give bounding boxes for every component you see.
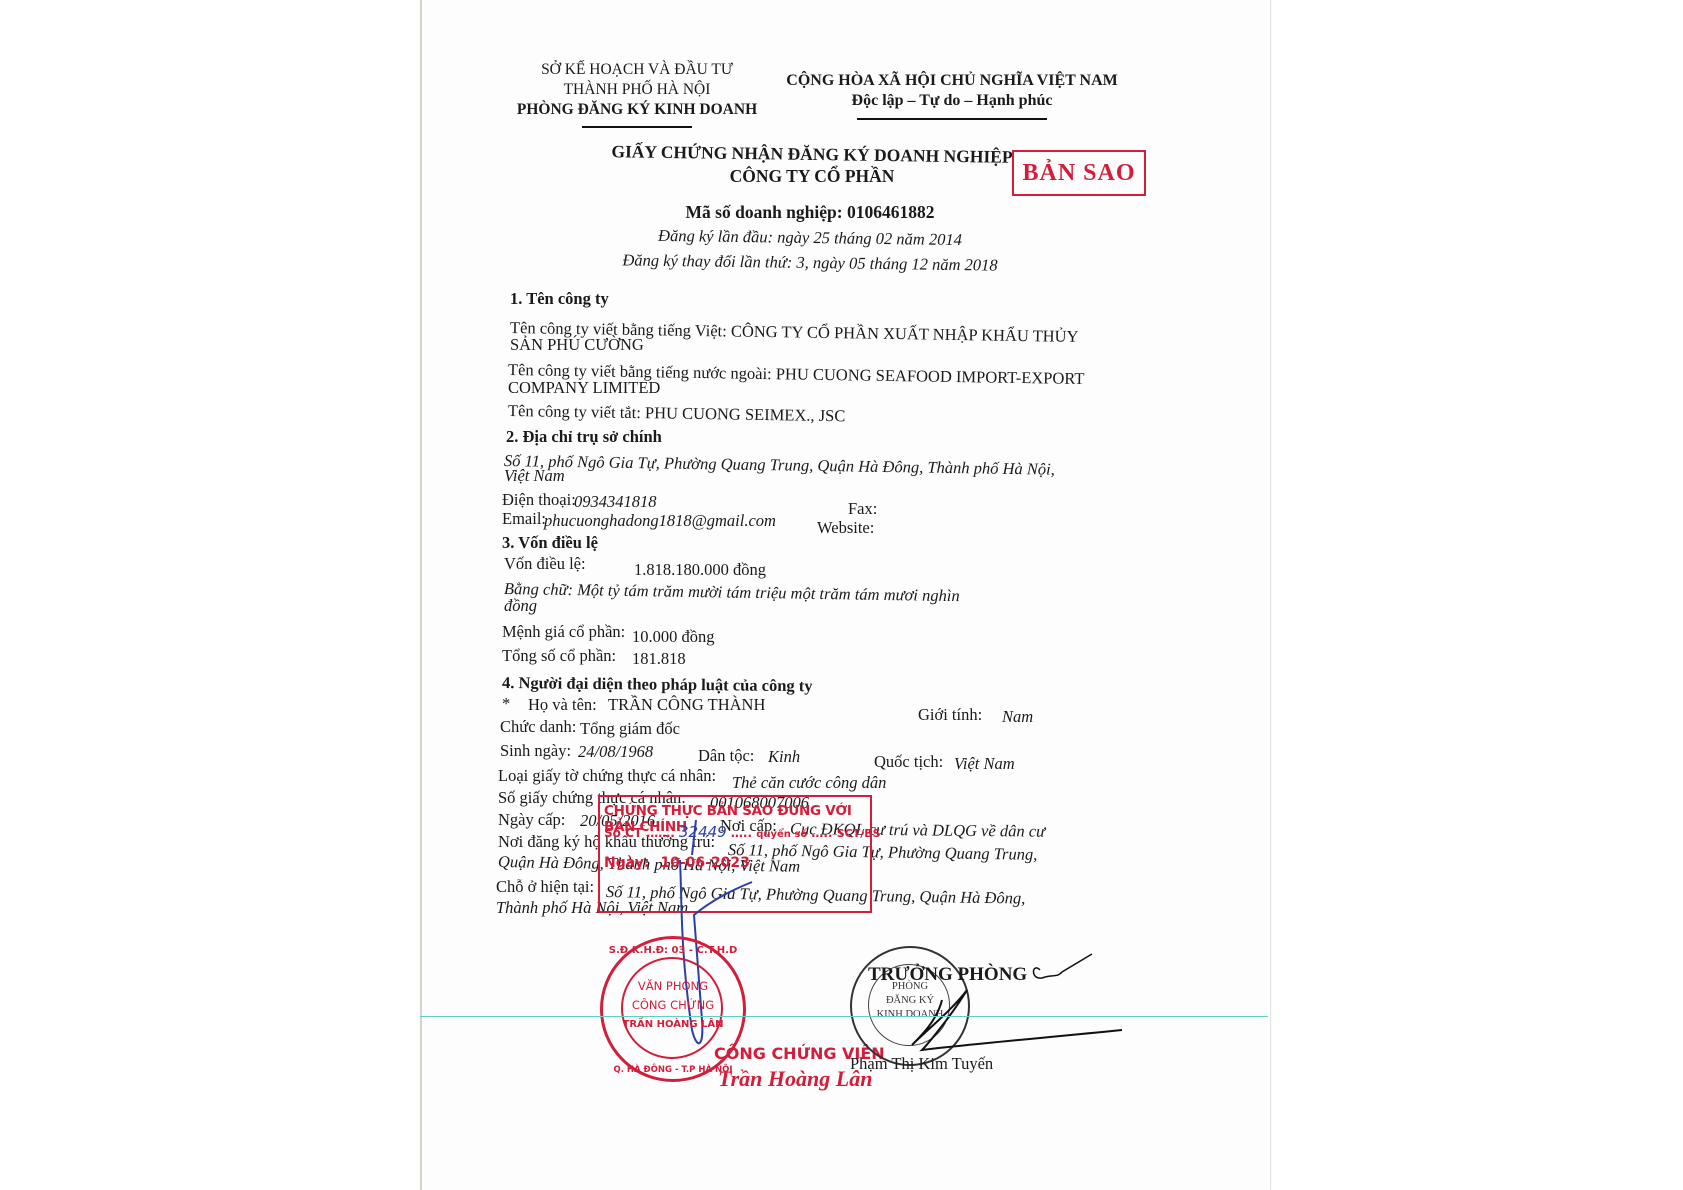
notary-seal-line1: VĂN PHÒNG (603, 977, 743, 996)
header-left-rule (582, 126, 692, 128)
id-type-label: Loại giấy tờ chứng thực cá nhân: (498, 768, 716, 785)
business-code: Mã số doanh nghiệp: 0106461882 (686, 204, 935, 222)
dob-label: Sinh ngày: (500, 743, 571, 760)
address-line2: Việt Nam (504, 468, 565, 485)
id-type-value: Thẻ căn cước công dân (732, 775, 886, 792)
notary-seal-ring-text: S.Đ.K.H.Đ: 03 - C.T.H.D (603, 945, 743, 956)
par-value-label: Mệnh giá cổ phần: (502, 624, 625, 641)
issue-date-label: Ngày cấp: (498, 812, 565, 829)
section1-heading: 1. Tên công ty (510, 291, 609, 308)
section2-heading: 2. Địa chỉ trụ sở chính (506, 429, 662, 446)
certification-date-label: Ngày: (604, 855, 649, 871)
header-agency-line3: PHÒNG ĐĂNG KÝ KINH DOANH (517, 102, 757, 118)
header-agency-line1: SỞ KẾ HOẠCH VÀ ĐẦU TƯ (541, 62, 733, 78)
company-type: CÔNG TY CỔ PHẦN (730, 168, 895, 186)
gender-label: Giới tính: (918, 707, 982, 724)
header-motto: Độc lập – Tự do – Hạnh phúc (852, 93, 1053, 109)
section3-heading: 3. Vốn điều lệ (502, 535, 598, 552)
par-value: 10.000 đồng (632, 629, 715, 646)
header-country: CỘNG HÒA XÃ HỘI CHỦ NGHĨA VIỆT NAM (786, 73, 1117, 89)
notary-seal-line2: CÔNG CHỨNG (603, 996, 743, 1015)
phone-value: 0934341818 (574, 494, 657, 511)
rep-title: Tổng giám đốc (580, 721, 680, 738)
certificate-title: GIẤY CHỨNG NHẬN ĐĂNG KÝ DOANH NGHIỆP (611, 143, 1012, 166)
capital-in-words-line1: Bằng chữ: Một tỷ tám trăm mười tám triệu… (504, 581, 960, 605)
capital-value: 1.818.180.000 đồng (634, 562, 766, 579)
capital-label: Vốn điều lệ: (504, 556, 586, 573)
email-value: phucuonghadong1818@gmail.com (544, 513, 776, 530)
company-name-foreign-line2: COMPANY LIMITED (508, 380, 660, 397)
header-right-rule (857, 118, 1047, 120)
nationality-value: Việt Nam (954, 756, 1015, 773)
rep-bullet: * (502, 696, 510, 713)
ethnicity-label: Dân tộc: (698, 748, 754, 765)
first-registration: Đăng ký lần đầu: ngày 25 tháng 02 năm 20… (658, 228, 962, 249)
notary-seal-center: VĂN PHÒNG CÔNG CHỨNG TRẦN HOÀNG LÂN (603, 977, 743, 1034)
website-label: Website: (817, 520, 874, 537)
address-line1: Số 11, phố Ngô Gia Tự, Phường Quang Trun… (504, 453, 1055, 478)
capital-in-words-line2: đồng (504, 598, 537, 615)
copy-stamp-text: BẢN SAO (1014, 152, 1144, 194)
ethnicity-value: Kinh (768, 749, 800, 766)
total-shares-label: Tổng số cổ phần: (502, 648, 616, 665)
fax-label: Fax: (848, 501, 877, 518)
rep-title-label: Chức danh: (500, 719, 576, 736)
current-address-label: Chỗ ở hiện tại: (496, 879, 594, 896)
director-signature (882, 950, 1132, 1060)
company-short-name: Tên công ty viết tắt: PHU CUONG SEIMEX.,… (508, 403, 846, 425)
email-label: Email: (502, 511, 546, 528)
total-shares: 181.818 (632, 651, 686, 668)
change-registration: Đăng ký thay đổi lần thứ: 3, ngày 05 thá… (622, 252, 997, 274)
certification-number-label: Số CT (604, 826, 642, 840)
phone-label: Điện thoại: (502, 492, 576, 509)
rep-name-label: Họ và tên: (528, 697, 597, 714)
copy-stamp: BẢN SAO (1012, 150, 1146, 196)
company-name-vi-line2: SẢN PHÚ CƯỜNG (510, 337, 644, 354)
dob-value: 24/08/1968 (578, 744, 653, 761)
header-agency-line2: THÀNH PHỐ HÀ NỘI (564, 82, 711, 98)
notary-seal-line3: TRẦN HOÀNG LÂN (603, 1015, 743, 1034)
signer-name: Phạm Thị Kim Tuyến (850, 1056, 993, 1073)
rep-name: TRẦN CÔNG THÀNH (608, 697, 765, 714)
document-page: SỞ KẾ HOẠCH VÀ ĐẦU TƯ THÀNH PHỐ HÀ NỘI P… (420, 0, 1271, 1190)
nationality-label: Quốc tịch: (874, 754, 943, 771)
gender-value: Nam (1002, 709, 1033, 726)
scan-artifact-line (420, 1016, 1268, 1017)
section4-heading: 4. Người đại diện theo pháp luật của côn… (502, 675, 813, 695)
